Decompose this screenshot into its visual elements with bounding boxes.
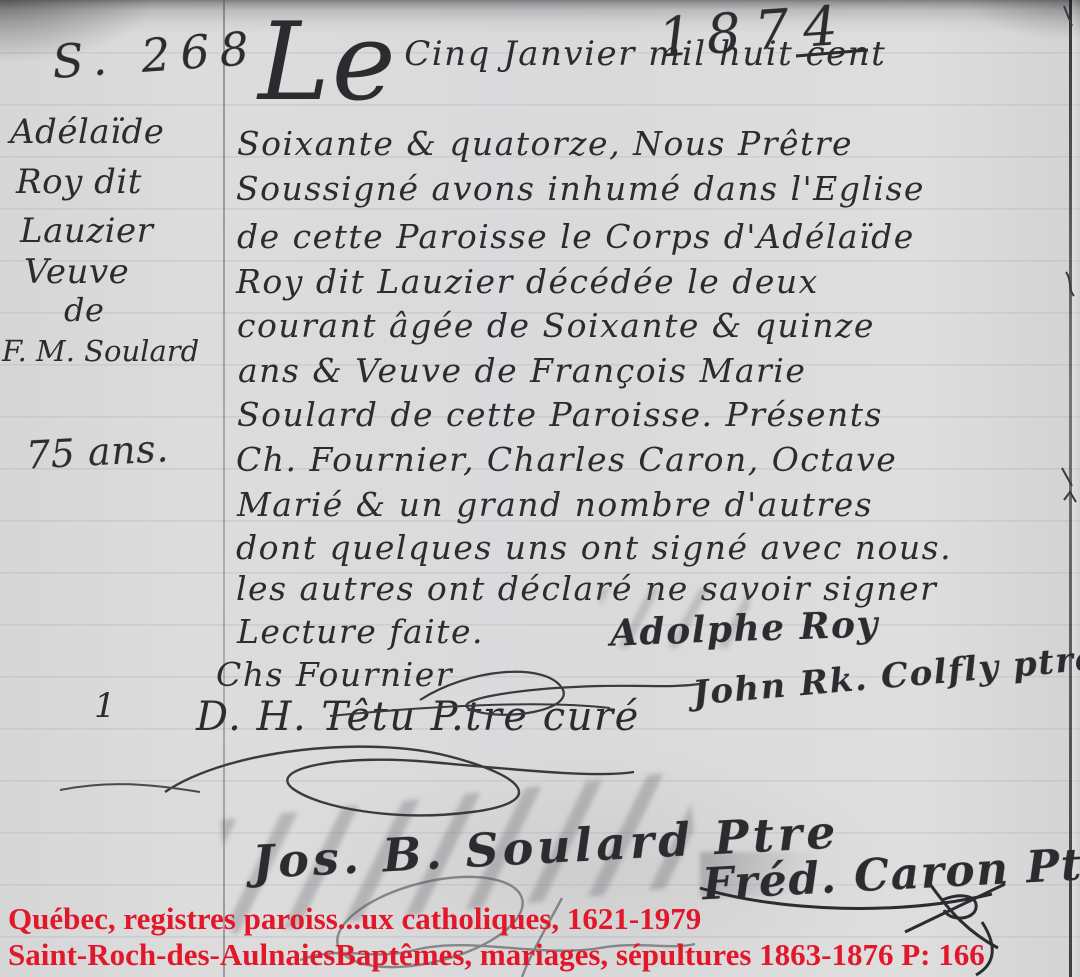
body-line: dont quelques uns ont signé avec nous. xyxy=(236,528,952,567)
register-page-scan: S. 268 Adélaïde Roy dit Lauzier Veuve de… xyxy=(0,0,1080,977)
next-page-strip xyxy=(1072,0,1080,977)
body-line: les autres ont déclaré ne savoir signer xyxy=(236,569,937,608)
body-line: Soulard de cette Paroisse. Présents xyxy=(237,395,883,434)
body-line: de cette Paroisse le Corps d'Adélaïde xyxy=(237,217,915,256)
body-line: Soixante & quatorze, Nous Prêtre xyxy=(237,124,853,163)
catalog-title: Québec, registres paroiss...ux catholiqu… xyxy=(8,901,701,937)
signature-tetu-cure: D. H. Têtu P.tre curé xyxy=(196,694,640,740)
margin-name-line: de xyxy=(64,291,104,329)
body-line: courant âgée de Soixante & quinze xyxy=(237,306,875,345)
margin-age: 75 ans. xyxy=(25,426,170,477)
catalog-source-page: Saint-Roch-des-AulnaiesBaptêmes, mariage… xyxy=(8,937,985,973)
body-line: Soussigné avons inhumé dans l'Eglise xyxy=(236,169,925,208)
margin-name-line: Roy dit xyxy=(16,162,142,202)
body-line: ans & Veuve de François Marie xyxy=(238,351,806,390)
margin-tally: 1 xyxy=(94,686,116,726)
body-line-first: Le Cinq Janvier mil huit cent xyxy=(258,18,886,108)
body-line: Roy dit Lauzier décédée le deux xyxy=(236,262,819,301)
body-line: Lecture faite. xyxy=(237,612,484,651)
margin-name-line: F. M. Soulard xyxy=(2,334,199,368)
margin-name-line: Adélaïde xyxy=(10,112,164,152)
body-line-first-rest: Cinq Janvier mil huit cent xyxy=(404,34,886,74)
margin-name-line: Lauzier xyxy=(20,211,153,251)
entry-number: S. 268 xyxy=(50,21,260,89)
margin-name-line: Veuve xyxy=(24,252,129,292)
ornate-initial: Le xyxy=(258,0,398,125)
body-line: Ch. Fournier, Charles Caron, Octave xyxy=(236,440,897,479)
signature-adolphe-roy: Adolphe Roy xyxy=(609,603,879,654)
body-line: Marié & un grand nombre d'autres xyxy=(237,485,873,524)
signature-chs-fournier: Chs Fournier xyxy=(216,655,453,694)
